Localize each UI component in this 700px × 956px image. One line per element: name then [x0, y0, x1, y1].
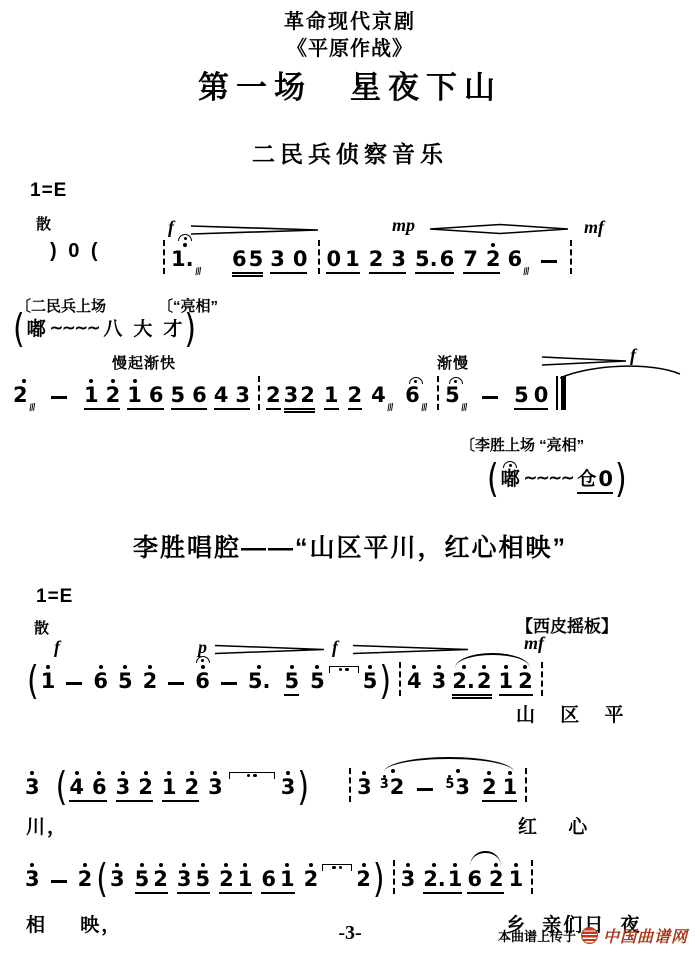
note-group: 325321 — [380, 756, 519, 805]
jianpu-note: 4 — [213, 366, 230, 413]
jianpu-note: 6 — [191, 366, 208, 413]
rhythm-underline — [84, 408, 120, 410]
note-group: 23 — [368, 230, 407, 277]
tremolo-mark: /// — [420, 403, 427, 414]
jianpu-note: 2 — [137, 758, 154, 805]
jianpu-note: 6 — [91, 758, 108, 805]
jianpu-note: 八 — [102, 300, 123, 347]
note-group: 21 — [218, 850, 253, 897]
rhythm-underline — [270, 272, 307, 274]
lyrics-line-4-right: 红 心 — [518, 812, 589, 839]
barline-dashed — [258, 376, 260, 410]
parenthesis: ) — [297, 770, 309, 805]
jianpu-note: 3 — [431, 652, 448, 699]
jianpu-note: 2 — [303, 850, 320, 897]
barline-dashed — [393, 860, 395, 894]
tremolo-mark: /// — [460, 403, 467, 414]
jianpu-note: 2 — [105, 366, 122, 413]
note-group: 62 — [466, 850, 504, 897]
sheet-music-page: 革命现代京剧 《平原作战》 第一场 星夜下山 二民兵侦察音乐 1=E 散 ) 0… — [0, 0, 700, 956]
jianpu-note: 6 — [92, 652, 109, 699]
parenthesis: ) — [373, 862, 385, 897]
parenthesis: ( — [96, 862, 108, 897]
free-tempo-mark-2: 散 — [34, 617, 49, 638]
jianpu-note: 6/// — [506, 230, 529, 277]
rhythm-underline — [467, 892, 503, 894]
jianpu-note: 6 — [148, 366, 165, 413]
note-group: 43 — [213, 366, 251, 413]
rhythm-underline — [69, 800, 106, 802]
duration-dash — [417, 788, 433, 792]
rhythm-underline — [219, 892, 252, 894]
note-group: 30 — [269, 230, 308, 277]
jianpu-note: 1 — [323, 366, 340, 413]
barline-dashed — [525, 768, 527, 802]
upload-credit: 本曲谱上传于 中国曲谱网 — [498, 924, 688, 947]
rhythm-underline — [369, 272, 406, 274]
note-group: 72 — [462, 230, 501, 277]
jianpu-note: 3 — [207, 758, 224, 805]
note-group: 12 — [83, 366, 121, 413]
site-name: 中国曲谱网 — [603, 924, 688, 947]
rhythm-underline — [214, 408, 250, 410]
note-group: 32 — [115, 758, 154, 805]
jianpu-note: 2 — [265, 366, 282, 413]
music-line-3: (165265.555)432.212 — [26, 652, 548, 699]
parenthesis: ( — [56, 770, 68, 805]
note-group: 52 — [134, 850, 169, 897]
drumroll-wave: ∼∼∼∼ — [50, 318, 100, 338]
rhythm-underline — [171, 408, 207, 410]
ornament-bracket — [329, 666, 359, 673]
fermata-icon — [178, 234, 192, 241]
aria-title: 李胜唱腔——“山区平川，红心相映” — [0, 528, 700, 564]
music-line-4: 3(46321233)3325321 — [24, 756, 532, 805]
jianpu-note: 0 — [325, 230, 342, 277]
rhythm-underline — [232, 275, 263, 277]
rhythm-underline — [452, 697, 491, 699]
rhythm-underline — [415, 272, 454, 274]
rhythm-underline — [284, 411, 315, 413]
rhythm-underline — [324, 408, 339, 410]
rhythm-underline — [177, 892, 210, 894]
jianpu-note: 3 — [390, 230, 407, 277]
jianpu-note: 5 — [170, 366, 187, 413]
rhythm-underline — [348, 408, 363, 410]
jianpu-note: 3 — [280, 758, 297, 805]
jianpu-note: 5 — [283, 652, 300, 699]
dynamic-mf-2: mf — [524, 636, 544, 650]
barline-dashed — [349, 768, 351, 802]
site-logo-icon — [581, 927, 598, 944]
parenthesis: ( — [27, 664, 39, 699]
duration-dash — [482, 396, 498, 400]
jianpu-note: 6 — [260, 850, 277, 897]
jianpu-note: 6 — [439, 230, 456, 277]
note-group: 56 — [170, 366, 208, 413]
rhythm-underline — [261, 892, 294, 894]
duration-dash — [66, 682, 82, 686]
note-group: 5.6 — [414, 230, 455, 277]
tremolo-mark: /// — [28, 403, 35, 414]
jianpu-note: 6/// — [404, 366, 427, 413]
music-section-title: 二民兵侦察音乐 — [0, 136, 700, 169]
duration-dash — [51, 880, 67, 884]
jianpu-note: 4 — [68, 758, 85, 805]
note-group: 2.1 — [422, 850, 463, 897]
dynamic-f-2: f — [630, 348, 636, 362]
barline-dashed — [437, 376, 439, 410]
jianpu-note: 3 — [283, 366, 300, 413]
tremolo-mark: /// — [386, 403, 393, 414]
barline-dashed — [399, 662, 401, 696]
rhythm-underline — [127, 408, 163, 410]
fermata-icon — [196, 656, 210, 663]
drumroll-wave: ∼∼∼∼ — [524, 468, 574, 488]
jianpu-note: 大 — [132, 300, 153, 347]
note-group: 32 — [283, 366, 316, 413]
barline-dashed — [318, 240, 320, 274]
duration-dash — [541, 260, 557, 264]
parenthesis: ( — [487, 462, 499, 497]
phrase-slur — [556, 362, 684, 380]
barline-dashed — [541, 662, 543, 696]
grace-note: 5 — [445, 775, 454, 791]
percussion-line-1: (嘟∼∼∼∼八大才) — [12, 300, 197, 347]
jianpu-note: 6 — [194, 652, 211, 699]
music-line-1: 1.///653001235.6726/// — [158, 230, 577, 277]
note-group: 仓0 — [576, 450, 614, 497]
rhythm-underline — [135, 892, 168, 894]
rhythm-underline — [514, 408, 548, 410]
jianpu-note: 3 — [24, 758, 41, 805]
ornament-bracket — [322, 864, 352, 871]
duration-dash — [51, 396, 67, 400]
parenthesis: ) — [615, 462, 627, 497]
jianpu-note: 4/// — [370, 366, 393, 413]
jianpu-note: 2 — [218, 850, 235, 897]
upload-credit-text: 本曲谱上传于 — [498, 926, 576, 945]
jianpu-note: 3 — [234, 366, 251, 413]
rhythm-underline — [284, 694, 299, 696]
rhythm-underline — [162, 800, 199, 802]
jianpu-note: 5 — [362, 652, 379, 699]
jianpu-note: 1 — [279, 850, 296, 897]
scene-title: 第一场 星夜下山 — [0, 62, 700, 107]
jianpu-note: 2 — [183, 758, 200, 805]
fermata-icon — [503, 461, 517, 468]
rhythm-underline — [326, 272, 359, 274]
grace-note: 3 — [380, 775, 389, 791]
jianpu-note: 1 — [40, 652, 57, 699]
percussion-line-2: (嘟∼∼∼∼仓0) — [486, 450, 628, 497]
note-group: 50 — [513, 366, 549, 413]
ornament-bracket — [229, 772, 275, 779]
jianpu-note: 3 — [356, 758, 373, 805]
rhythm-underline — [577, 492, 613, 494]
dynamic-mf-1: mf — [584, 220, 604, 234]
parenthesis: ( — [13, 312, 25, 347]
fermata-icon — [409, 377, 423, 384]
key-signature-2: 1=E — [36, 586, 73, 608]
rhythm-underline — [116, 800, 153, 802]
jianpu-note: 2 — [355, 850, 372, 897]
jianpu-note: 2 — [485, 230, 502, 277]
jianpu-note: 5 — [309, 652, 326, 699]
note-group: 65 — [231, 230, 264, 277]
jianpu-note: 2 — [77, 850, 94, 897]
note-group: 01 — [325, 230, 360, 277]
jianpu-note: 2. — [422, 850, 447, 897]
jianpu-note: 3 — [269, 230, 286, 277]
jianpu-note: 5 — [194, 850, 211, 897]
tremolo-mark: /// — [522, 267, 529, 278]
note-group: 2.212 — [451, 652, 533, 699]
lyrics-line-3: 山 区 平 — [516, 700, 626, 727]
key-signature-1: 1=E — [30, 180, 67, 202]
jianpu-note: 5. — [414, 230, 439, 277]
jianpu-note: 3 — [176, 850, 193, 897]
note-group: 61 — [260, 850, 295, 897]
jianpu-note: 2 — [347, 366, 364, 413]
percussion-prefix: ) 0 ( — [50, 240, 101, 263]
jianpu-note: 仓 — [576, 450, 597, 497]
jianpu-note: 1 — [508, 850, 525, 897]
jianpu-note: 1 — [237, 850, 254, 897]
jianpu-note: 7 — [462, 230, 479, 277]
jianpu-note: 1 — [344, 230, 361, 277]
rhythm-underline — [232, 272, 263, 274]
jianpu-note: 5 — [248, 230, 265, 277]
parenthesis: ) — [184, 312, 196, 347]
jianpu-note: 0 — [292, 230, 309, 277]
jianpu-note: 3 — [400, 850, 417, 897]
rhythm-underline — [423, 892, 462, 894]
tremolo-mark: /// — [194, 267, 201, 278]
jianpu-note: 2 — [152, 850, 169, 897]
jianpu-note: 3 — [24, 850, 41, 897]
jianpu-note: 0 — [533, 366, 550, 413]
jianpu-note: 嘟 — [26, 300, 47, 347]
rhythm-underline — [482, 800, 517, 802]
jianpu-note: 1 — [447, 850, 464, 897]
note-group: 16 — [126, 366, 164, 413]
barline-dashed — [531, 860, 533, 894]
rhythm-underline — [499, 694, 533, 696]
jianpu-note: 2 — [368, 230, 385, 277]
music-line-5: 32(35235216122)32.1621 — [24, 850, 538, 897]
barline-final — [556, 376, 566, 410]
work-title: 《平原作战》 — [0, 32, 700, 61]
jianpu-note: 5 — [513, 366, 530, 413]
free-tempo-mark-1: 散 — [36, 213, 51, 234]
parenthesis: ) — [379, 664, 391, 699]
jianpu-note: 2 — [142, 652, 159, 699]
rhythm-underline — [284, 408, 315, 410]
note-group: 46 — [68, 758, 107, 805]
rhythm-underline — [452, 694, 491, 696]
jianpu-note: 2 — [299, 366, 316, 413]
note-group: 12 — [161, 758, 200, 805]
jianpu-note: 6 — [231, 230, 248, 277]
jianpu-note: 0 — [597, 450, 614, 497]
duration-dash — [168, 682, 184, 686]
lyrics-line-4-left: 川， — [26, 812, 68, 839]
jianpu-note: 1./// — [170, 230, 201, 277]
jianpu-note: 5/// — [444, 366, 467, 413]
fermata-icon — [449, 377, 463, 384]
jianpu-note: 5. — [247, 652, 272, 699]
barline-dashed — [163, 240, 165, 274]
jianpu-note: 2/// — [12, 366, 35, 413]
duration-dash — [221, 682, 237, 686]
jianpu-note: 5 — [117, 652, 134, 699]
note-group: 35 — [176, 850, 211, 897]
jianpu-note: 5 — [134, 850, 151, 897]
jianpu-note: 3 — [115, 758, 132, 805]
music-line-2: 2///12165643232124///6///5///50 — [12, 366, 568, 413]
jianpu-note: 1 — [83, 366, 100, 413]
jianpu-note: 3 — [109, 850, 126, 897]
barline-dashed — [570, 240, 572, 274]
jianpu-note: 4 — [406, 652, 423, 699]
jianpu-note: 嘟 — [500, 450, 521, 497]
rhythm-underline — [266, 408, 281, 410]
jianpu-note: 才 — [162, 300, 183, 347]
genre-line: 革命现代京剧 — [0, 5, 700, 34]
jianpu-note: 1 — [161, 758, 178, 805]
rhythm-underline — [463, 272, 500, 274]
jianpu-note: 1 — [126, 366, 143, 413]
